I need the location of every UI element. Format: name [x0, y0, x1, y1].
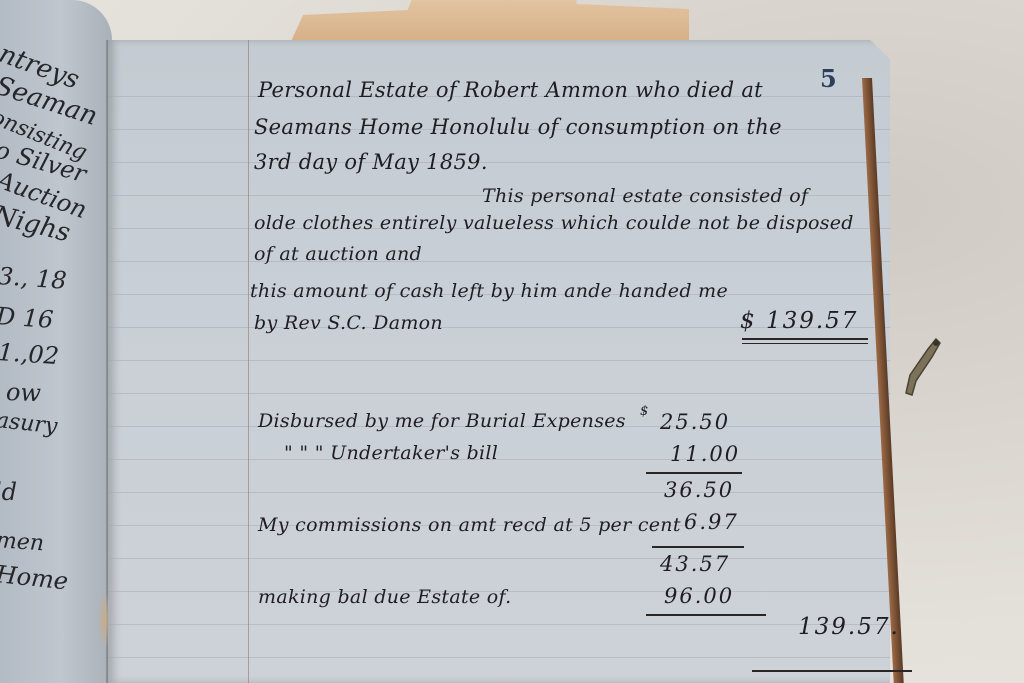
- heading-line: 3rd day of May 1859.: [254, 150, 488, 174]
- double-underline: [742, 343, 868, 344]
- body-line: This personal estate consisted of: [482, 185, 808, 207]
- ruled-line: [108, 492, 890, 493]
- ledger-amount: 6.97: [684, 510, 739, 534]
- left-fragment: asury: [0, 408, 59, 439]
- ruled-line: [108, 261, 890, 262]
- left-fragment: 3., 18: [0, 262, 68, 295]
- ruled-line: [108, 657, 890, 658]
- page-number: 5: [820, 64, 837, 93]
- sum-line: [646, 614, 766, 616]
- left-fragment: ow: [6, 378, 42, 407]
- ledger-label: My commissions on amt recd at 5 per cent: [258, 514, 681, 536]
- sum-line: [646, 472, 742, 474]
- ledger-amount: 11.00: [670, 442, 740, 466]
- ruled-line: [108, 459, 890, 460]
- ledger-amount: 96.00: [664, 584, 734, 608]
- ledger-subtotal: 36.50: [664, 478, 734, 502]
- body-line: this amount of cash left by him ande han…: [250, 280, 728, 302]
- left-fragment: Home: [0, 560, 69, 595]
- body-line: olde clothes entirely valueless which co…: [254, 212, 854, 234]
- ruled-line: [108, 393, 890, 394]
- ledger-amount: 25.50: [660, 410, 730, 434]
- left-fragment: men: [0, 528, 45, 556]
- body-line: of at auction and: [254, 243, 422, 265]
- grand-total: 139.57.: [798, 614, 900, 640]
- heading-line: Personal Estate of Robert Ammon who died…: [258, 78, 763, 102]
- total-underline: [752, 670, 912, 672]
- left-fragment: D 16: [0, 302, 54, 334]
- ledger-subtotal: 43.57: [660, 552, 730, 576]
- ledger-label: Disbursed by me for Burial Expenses: [258, 410, 626, 432]
- left-page: ntreys Seaman onsisting o Silver Auction…: [0, 0, 112, 683]
- sum-line: [652, 546, 744, 548]
- currency-mark: $: [640, 404, 649, 419]
- ruled-line: [108, 624, 890, 625]
- metal-clasp-icon: [902, 335, 942, 397]
- cash-received-amount: $ 139.57: [740, 308, 858, 334]
- left-fragment: 1.,02: [0, 338, 60, 370]
- body-line: by Rev S.C. Damon: [254, 312, 443, 334]
- ledger-label: " " " Undertaker's bill: [284, 442, 498, 464]
- ruled-line: [108, 360, 890, 361]
- ledger-label: making bal due Estate of.: [258, 586, 512, 608]
- heading-line: Seamans Home Honolulu of consumption on …: [254, 115, 782, 139]
- double-underline: [742, 338, 868, 340]
- ruled-line: [108, 162, 890, 163]
- ruled-line: [108, 558, 890, 559]
- margin-line: [248, 40, 249, 683]
- left-fragment: ld: [0, 478, 17, 506]
